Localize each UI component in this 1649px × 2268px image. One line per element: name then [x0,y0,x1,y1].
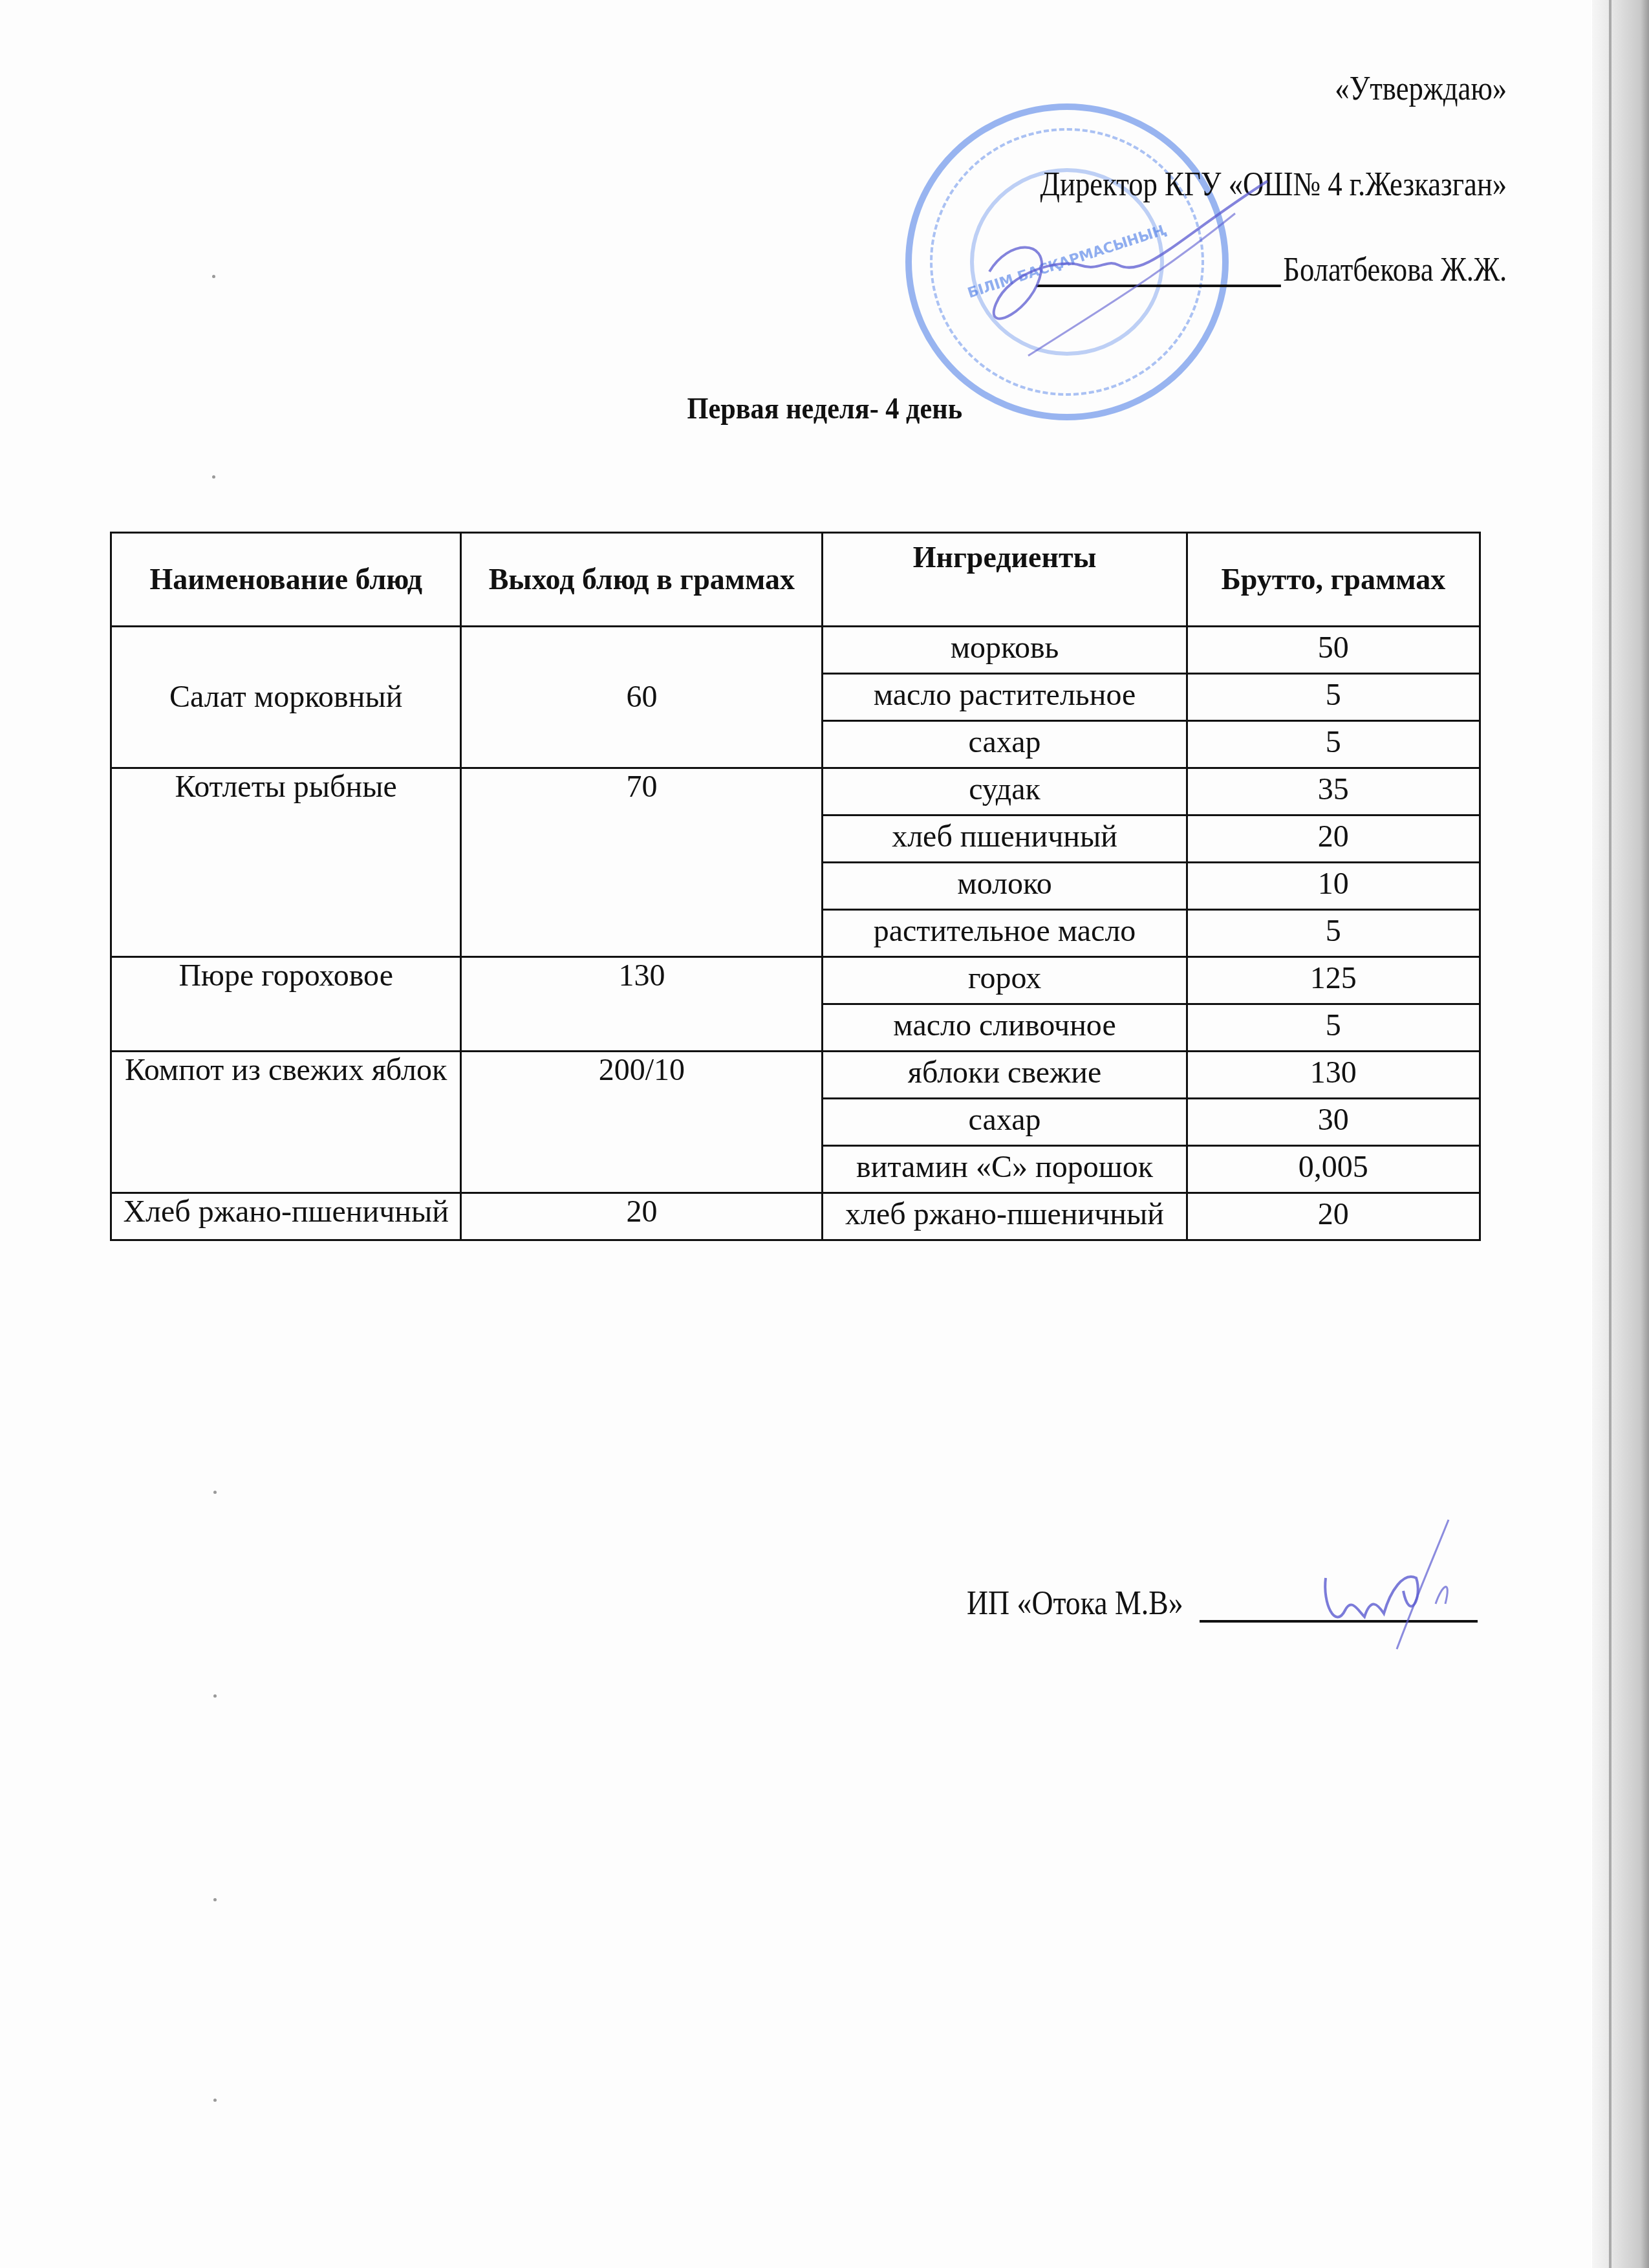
table-row: Салат морковный60морковь50 [111,627,1480,674]
table-row: Хлеб ржано-пшеничный20хлеб ржано-пшеничн… [111,1193,1480,1240]
ingredient-gross-cell: 5 [1187,910,1480,957]
ingredient-name-cell: судак [823,768,1187,815]
scan-speck [212,275,215,278]
column-header-ingredients: Ингредиенты [823,533,1187,627]
column-header-dish: Наименование блюд [111,533,461,627]
scan-speck [213,1898,217,1901]
scan-speck [212,475,215,479]
scan-edge-line [1609,0,1611,2268]
column-header-yield: Выход блюд в граммах [461,533,823,627]
dish-yield-cell: 70 [461,768,823,957]
table-header-row: Наименование блюд Выход блюд в граммах И… [111,533,1480,627]
ingredient-gross-cell: 5 [1187,674,1480,721]
dish-yield-cell: 20 [461,1193,823,1240]
dish-yield-cell: 60 [461,627,823,768]
director-signature-icon [931,142,1319,375]
ingredient-gross-cell: 5 [1187,721,1480,768]
menu-table: Наименование блюд Выход блюд в граммах И… [110,532,1481,1241]
ingredient-name-cell: хлеб ржано-пшеничный [823,1193,1187,1240]
ingredient-name-cell: витамин «С» порошок [823,1146,1187,1193]
ingredient-name-cell: масло сливочное [823,1004,1187,1052]
scan-speck [213,2099,217,2102]
ingredient-name-cell: молоко [823,863,1187,910]
ingredient-gross-cell: 130 [1187,1052,1480,1099]
ingredient-gross-cell: 125 [1187,957,1480,1004]
supplier-signature-icon [1306,1500,1513,1656]
ingredient-name-cell: морковь [823,627,1187,674]
table-row: Котлеты рыбные70судак35 [111,768,1480,815]
scan-speck [213,1491,217,1494]
dish-name-cell: Компот из свежих яблок [111,1052,461,1193]
ingredient-gross-cell: 20 [1187,815,1480,863]
table-row: Компот из свежих яблок200/10яблоки свежи… [111,1052,1480,1099]
dish-yield-cell: 200/10 [461,1052,823,1193]
ingredient-gross-cell: 20 [1187,1193,1480,1240]
ingredient-name-cell: хлеб пшеничный [823,815,1187,863]
dish-name-cell: Хлеб ржано-пшеничный [111,1193,461,1240]
ingredient-gross-cell: 35 [1187,768,1480,815]
scan-edge-shadow [1591,0,1649,2268]
table-row: Пюре гороховое130горох125 [111,957,1480,1004]
ingredient-gross-cell: 30 [1187,1099,1480,1146]
dish-yield-cell: 130 [461,957,823,1052]
ingredient-gross-cell: 5 [1187,1004,1480,1052]
ingredient-name-cell: масло растительное [823,674,1187,721]
approval-heading: «Утверждаю» [1335,72,1507,106]
ingredient-name-cell: яблоки свежие [823,1052,1187,1099]
page-title: Первая неделя- 4 день [0,391,1649,426]
dish-name-cell: Котлеты рыбные [111,768,461,957]
ingredient-gross-cell: 10 [1187,863,1480,910]
dish-name-cell: Салат морковный [111,627,461,768]
supplier-name: ИП «Отока М.В» [967,1584,1183,1623]
ingredient-gross-cell: 0,005 [1187,1146,1480,1193]
dish-name-cell: Пюре гороховое [111,957,461,1052]
ingredient-name-cell: растительное масло [823,910,1187,957]
ingredient-name-cell: сахар [823,721,1187,768]
scan-speck [213,1694,217,1698]
ingredient-name-cell: горох [823,957,1187,1004]
column-header-gross: Брутто, граммах [1187,533,1480,627]
ingredient-gross-cell: 50 [1187,627,1480,674]
ingredient-name-cell: сахар [823,1099,1187,1146]
